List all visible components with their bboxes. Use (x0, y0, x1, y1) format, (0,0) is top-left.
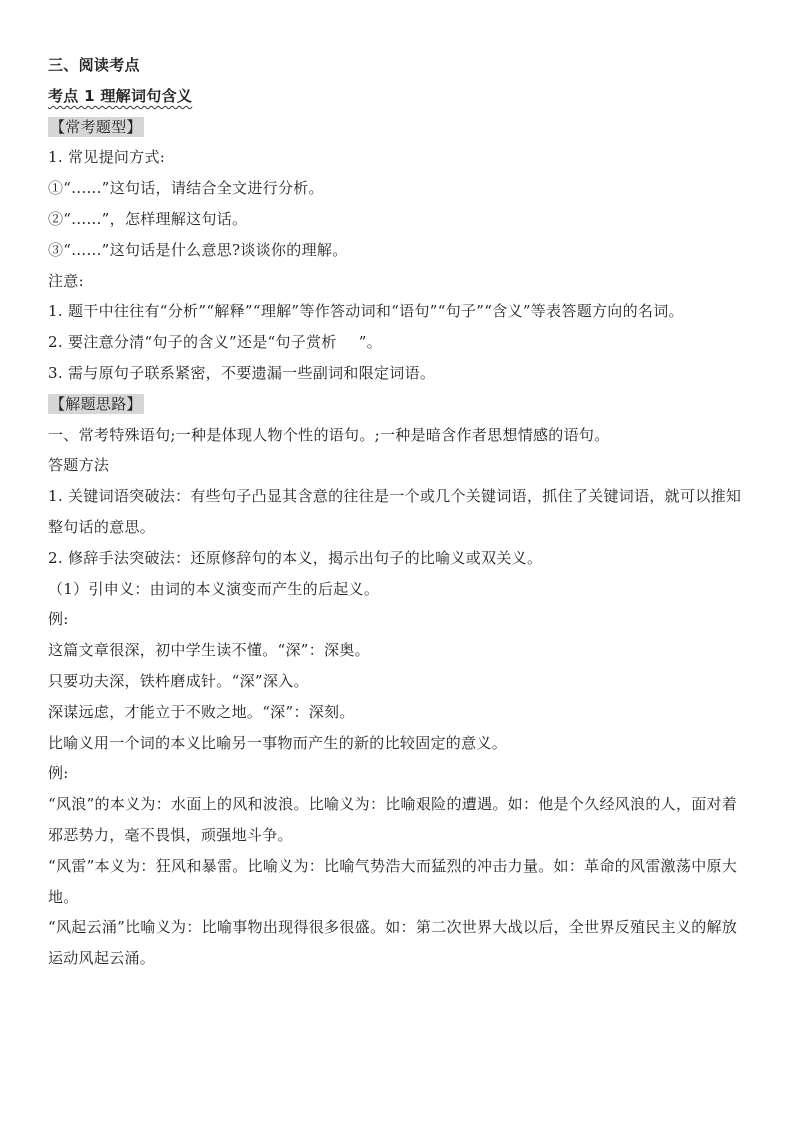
note-item-text-end: ”。 (359, 333, 382, 351)
note-item-text: 2. 要注意分清“句子的含义”还是“句子赏析 (48, 333, 337, 351)
note-item: 3. 需与原句子联系紧密，不要遗漏一些副词和限定词语。 (48, 358, 748, 389)
notes-heading: 注意: (48, 266, 748, 297)
question-form-item: ①“......”这句话，请结合全文进行分析。 (48, 173, 748, 204)
question-form-item: ③“......”这句话是什么意思?谈谈你的理解。 (48, 235, 748, 266)
solution-tag: 【解题思路】 (48, 394, 144, 414)
example-item: 这篇文章很深，初中学生读不懂。“深”：深奥。 (48, 635, 748, 666)
topic-title: 考点 1 理解词句含义 (48, 81, 748, 112)
methods-heading: 答题方法 (48, 450, 748, 481)
topic-title-text: 考点 1 理解词句含义 (48, 87, 192, 105)
example-label: 例: (48, 758, 748, 789)
method-item: 1. 关键词语突破法：有些句子凸显其含意的往往是一个或几个关键词语，抓住了关键词… (48, 481, 748, 543)
example-item: 只要功夫深，铁杵磨成针。“深”深入。 (48, 666, 748, 697)
solution-heading: 【解题思路】 (48, 389, 748, 420)
note-item: 1. 题干中往往有“分析”“解释”“理解”等作答动词和“语句”“句子”“含义”等… (48, 296, 748, 327)
document-page: 三、阅读考点 考点 1 理解词句含义 【常考题型】 1. 常见提问方式: ①“.… (48, 50, 748, 974)
common-types-heading: 【常考题型】 (48, 112, 748, 143)
section-title: 三、阅读考点 (48, 50, 748, 81)
common-types-tag: 【常考题型】 (48, 117, 144, 137)
special-sentences: 一、常考特殊语句;一种是体现人物个性的语句。;一种是暗含作者思想情感的语句。 (48, 420, 748, 451)
example-item: “风雷”本义为：狂风和暴雷。比喻义为：比喻气势浩大而猛烈的冲击力量。如：革命的风… (48, 851, 748, 913)
method-item: 2. 修辞手法突破法：还原修辞句的本义，揭示出句子的比喻义或双关义。 (48, 543, 748, 574)
example-item: 深谋远虑，才能立于不败之地。“深”：深刻。 (48, 697, 748, 728)
example-item: “风浪”的本义为：水面上的风和波浪。比喻义为：比喻艰险的遭遇。如：他是个久经风浪… (48, 789, 748, 851)
extended-meaning-definition: （1）引申义：由词的本义演变而产生的后起义。 (48, 574, 748, 605)
example-label: 例: (48, 604, 748, 635)
question-forms-heading: 1. 常见提问方式: (48, 142, 748, 173)
note-item: 2. 要注意分清“句子的含义”还是“句子赏析”。 (48, 327, 748, 358)
question-form-item: ②“......”，怎样理解这句话。 (48, 204, 748, 235)
example-item: “风起云涌”比喻义为：比喻事物出现得很多很盛。如：第二次世界大战以后，全世界反殖… (48, 912, 748, 974)
metaphor-meaning-definition: 比喻义用一个词的本义比喻另一事物而产生的新的比较固定的意义。 (48, 728, 748, 759)
